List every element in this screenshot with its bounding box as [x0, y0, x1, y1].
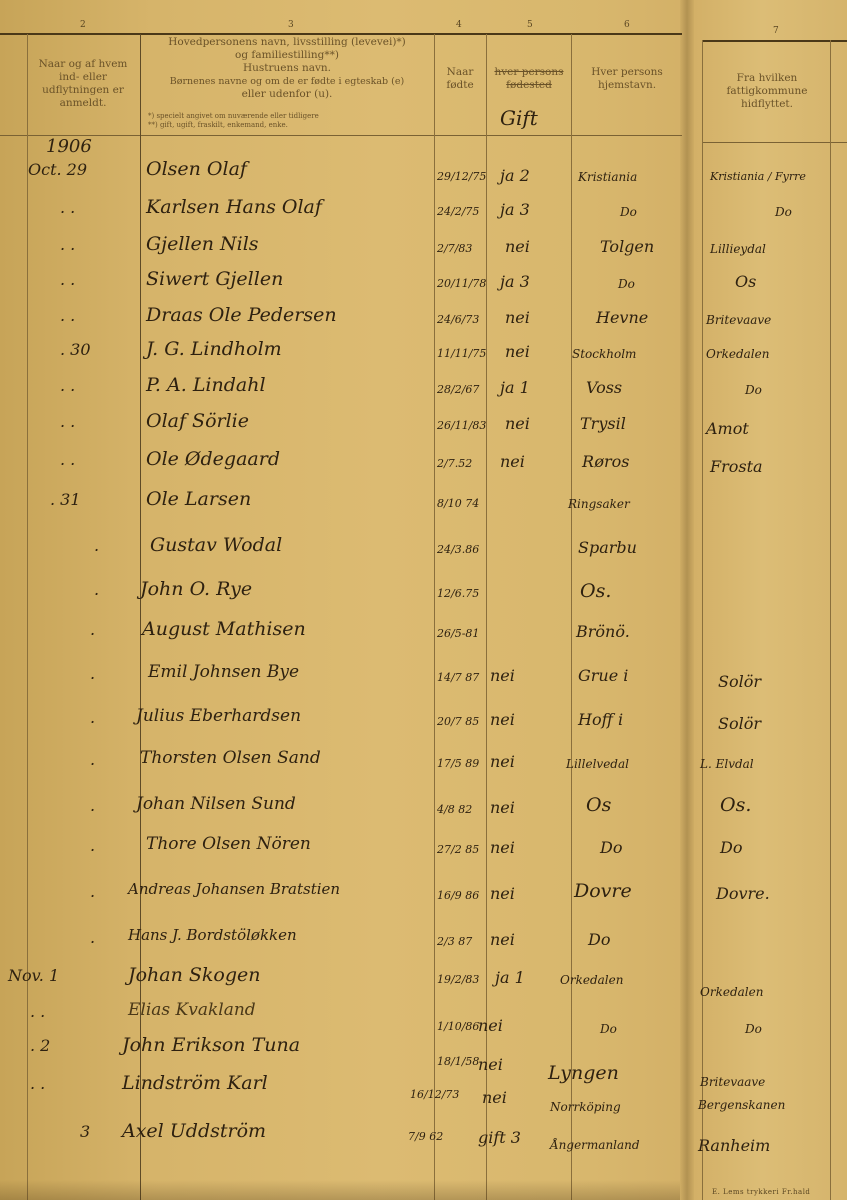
row-home: Do: [620, 205, 637, 219]
year-label: 1906: [46, 136, 92, 157]
header-col5-struck: hver persons fødested: [489, 66, 569, 92]
column-number-4: 4: [456, 20, 462, 30]
row-home: Lyngen: [548, 1062, 619, 1084]
row-born: 14/7 87: [437, 671, 479, 684]
header-top-rule-right: [702, 40, 847, 42]
row-born: 24/2/75: [437, 205, 479, 218]
header-col3-line3: Hustruens navn.: [143, 62, 431, 75]
row-date: .: [90, 750, 95, 769]
row-married: ja 2: [500, 166, 530, 185]
row-date: . 31: [50, 490, 81, 509]
row-married: nei: [490, 884, 515, 903]
column-number-2: 2: [80, 20, 86, 30]
row-from: Orkedalen: [700, 985, 763, 999]
row-name: Axel Uddström: [122, 1120, 266, 1142]
header-col7: Fra hvilken fattigkommune hidflyttet.: [705, 72, 829, 111]
row-date: .: [90, 796, 95, 815]
row-born: 26/11/83: [437, 419, 486, 432]
row-date: . .: [60, 270, 75, 289]
row-home: Kristiania: [578, 170, 637, 184]
header-bottom-rule-right: [702, 142, 847, 143]
row-home: Lillelvedal: [566, 757, 629, 771]
row-home: Stockholm: [572, 347, 636, 361]
row-married: nei: [505, 414, 530, 433]
header-col3-note2: **) gift, ugift, fraskilt, enkemand, enk…: [148, 121, 428, 130]
row-home: Sparbu: [578, 538, 637, 557]
row-date: .: [90, 620, 95, 639]
column-divider: [140, 34, 141, 1200]
row-born: 1/10/86: [437, 1020, 479, 1033]
row-home: Norrköping: [550, 1100, 621, 1114]
row-date: .: [90, 708, 95, 727]
row-home: Grue i: [578, 666, 628, 685]
row-born: 28/2/67: [437, 383, 479, 396]
row-name: Emil Johnsen Bye: [148, 662, 299, 682]
row-date: . .: [60, 376, 75, 395]
header-col3-line5: eller udenfor (u).: [143, 88, 431, 101]
row-name: Elias Kvakland: [128, 1000, 256, 1020]
row-name: John O. Rye: [140, 578, 252, 600]
row-from: Os: [735, 272, 756, 291]
column-number-7: 7: [773, 26, 779, 36]
row-name: Thorsten Olsen Sand: [140, 748, 321, 768]
row-born: 18/1/58: [437, 1055, 479, 1068]
row-home: Hoff i: [578, 710, 623, 729]
row-date: . .: [60, 198, 75, 217]
row-born: 24/3.86: [437, 543, 479, 556]
row-name: Gjellen Nils: [146, 233, 259, 255]
row-date: .: [90, 882, 95, 901]
row-from: Do: [745, 383, 762, 397]
row-married: nei: [505, 237, 530, 256]
header-top-rule: [0, 33, 682, 35]
row-name: Andreas Johansen Bratstien: [128, 880, 340, 898]
row-born: 24/6/73: [437, 313, 479, 326]
row-married: nei: [490, 752, 515, 771]
row-born: 20/11/78: [437, 277, 486, 290]
row-home: Os: [586, 794, 611, 816]
row-married: nei: [478, 1055, 503, 1074]
header-bottom-rule: [0, 135, 682, 136]
row-married: nei: [490, 710, 515, 729]
row-from: Ranheim: [698, 1136, 770, 1155]
row-name: Siwert Gjellen: [146, 268, 283, 290]
column-number-3: 3: [288, 20, 294, 30]
row-home: Orkedalen: [560, 973, 623, 987]
column-number-5: 5: [527, 20, 533, 30]
row-from: Orkedalen: [706, 347, 769, 361]
row-married: ja 3: [500, 272, 530, 291]
row-from: Britevaave: [700, 1075, 765, 1089]
header-col4: Naar fødte: [437, 66, 483, 92]
row-date: . .: [60, 306, 75, 325]
row-born: 19/2/83: [437, 973, 479, 986]
row-name: Karlsen Hans Olaf: [146, 196, 322, 218]
row-from: Solör: [718, 714, 761, 733]
row-date: . 30: [60, 340, 91, 359]
row-from: Do: [720, 838, 742, 857]
row-date: .: [94, 536, 99, 555]
row-name: Hans J. Bordstöløkken: [128, 926, 297, 944]
row-home: Do: [600, 838, 622, 857]
row-from: Amot: [706, 419, 749, 438]
row-name: Lindström Karl: [122, 1072, 268, 1094]
row-name: Olsen Olaf: [146, 158, 247, 180]
row-married: ja 1: [495, 968, 525, 987]
row-date: .: [90, 664, 95, 683]
row-name: Ole Ødegaard: [146, 448, 280, 470]
header-col3-line1: Hovedpersonens navn, livsstilling (levev…: [143, 36, 431, 49]
row-date: .: [94, 580, 99, 599]
row-born: 29/12/75: [437, 170, 486, 183]
row-home: Brönö.: [576, 622, 630, 641]
row-born: 2/7/83: [437, 242, 472, 255]
row-name: Thore Olsen Nören: [146, 834, 311, 854]
row-home: Voss: [586, 378, 622, 397]
row-born: 11/11/75: [437, 347, 486, 360]
row-married: nei: [478, 1016, 503, 1035]
row-married: nei: [505, 308, 530, 327]
row-from: Frosta: [710, 457, 763, 476]
printer-mark: E. Lems trykkeri Fr.hald: [712, 1188, 810, 1196]
row-married: nei: [490, 666, 515, 685]
row-home: Røros: [582, 452, 629, 471]
row-name: J. G. Lindholm: [146, 338, 282, 360]
row-from: Britevaave: [706, 313, 771, 327]
row-name: Ole Larsen: [146, 488, 251, 510]
row-from: L. Elvdal: [700, 757, 754, 771]
row-born: 16/9 86: [437, 889, 479, 902]
row-name: John Erikson Tuna: [122, 1034, 300, 1056]
row-from: Solör: [718, 672, 761, 691]
row-date: . .: [30, 1074, 45, 1093]
row-born: 2/3 87: [437, 935, 472, 948]
row-married: nei: [490, 798, 515, 817]
row-home: Hevne: [596, 308, 648, 327]
row-from: Bergenskanen: [698, 1098, 785, 1112]
row-date: . .: [60, 450, 75, 469]
row-married: nei: [490, 930, 515, 949]
column-divider: [27, 34, 28, 1200]
row-date: . .: [60, 412, 75, 431]
column-divider: [702, 40, 703, 1200]
header-col3-note1: *) specielt angivet om nuværende eller t…: [148, 112, 428, 121]
row-married: nei: [482, 1088, 507, 1107]
row-married: ja 1: [500, 378, 530, 397]
row-date: Oct. 29: [28, 160, 87, 179]
row-married: nei: [490, 838, 515, 857]
row-born: 17/5 89: [437, 757, 479, 770]
book-spine: [680, 0, 694, 1200]
header-col3: Hovedpersonens navn, livsstilling (levev…: [143, 36, 431, 101]
row-from: Lillieydal: [710, 242, 766, 256]
row-date: 3: [80, 1122, 90, 1141]
row-date: . 2: [30, 1036, 50, 1055]
row-date: . .: [30, 1002, 45, 1021]
row-name: Johan Skogen: [128, 964, 261, 986]
row-from: Kristiania / Fyrre: [710, 170, 806, 183]
row-from: Do: [775, 205, 792, 219]
row-born: 4/8 82: [437, 803, 472, 816]
row-date: . .: [60, 235, 75, 254]
row-home: Ångermanland: [550, 1138, 640, 1152]
row-name: Olaf Sörlie: [146, 410, 249, 432]
row-born: 8/10 74: [437, 497, 479, 510]
row-home: Ringsaker: [568, 497, 630, 511]
row-name: Gustav Wodal: [150, 534, 282, 556]
row-home: Dovre: [574, 880, 632, 902]
row-home: Os.: [580, 580, 611, 602]
row-home: Do: [618, 277, 635, 291]
row-name: P. A. Lindahl: [146, 374, 266, 396]
row-married: ja 3: [500, 200, 530, 219]
row-born: 16/12/73: [410, 1088, 459, 1101]
header-col3-line4: Børnenes navne og om de er fødte i egtes…: [143, 75, 431, 88]
header-col2: Naar og af hvem ind- eller udflytningen …: [30, 58, 136, 110]
row-date: .: [90, 928, 95, 947]
row-home: Do: [588, 930, 610, 949]
column-divider: [571, 34, 572, 1200]
row-name: Julius Eberhardsen: [136, 706, 301, 726]
column-number-6: 6: [624, 20, 630, 30]
row-home: Trysil: [580, 414, 626, 433]
ledger-page: 2 3 4 5 6 7 Naar og af hvem ind- eller u…: [0, 0, 847, 1200]
row-married: gift 3: [478, 1128, 521, 1147]
row-date: Nov. 1: [8, 966, 59, 985]
header-col3-notes: *) specielt angivet om nuværende eller t…: [148, 112, 428, 130]
row-married: nei: [505, 342, 530, 361]
row-from: Do: [745, 1022, 762, 1036]
column-divider: [830, 40, 831, 1200]
row-date: .: [90, 836, 95, 855]
row-home: Do: [600, 1022, 617, 1036]
header-col5-handwritten: Gift: [500, 106, 538, 130]
row-married: nei: [500, 452, 525, 471]
row-born: 12/6.75: [437, 587, 479, 600]
row-born: 20/7 85: [437, 715, 479, 728]
row-born: 27/2 85: [437, 843, 479, 856]
row-name: August Mathisen: [142, 618, 306, 640]
header-col3-line2: og familiestilling**): [143, 49, 431, 62]
row-born: 7/9 62: [408, 1130, 443, 1143]
column-divider: [434, 34, 435, 1200]
row-from: Dovre.: [716, 884, 770, 903]
row-name: Draas Ole Pedersen: [146, 304, 337, 326]
row-name: Johan Nilsen Sund: [136, 794, 296, 814]
row-from: Os.: [720, 794, 751, 816]
page-edge-shadow: [0, 1180, 680, 1200]
header-col6: Hver persons hjemstavn.: [574, 66, 680, 92]
row-home: Tolgen: [600, 237, 654, 256]
row-born: 26/5-81: [437, 627, 479, 640]
row-born: 2/7.52: [437, 457, 472, 470]
